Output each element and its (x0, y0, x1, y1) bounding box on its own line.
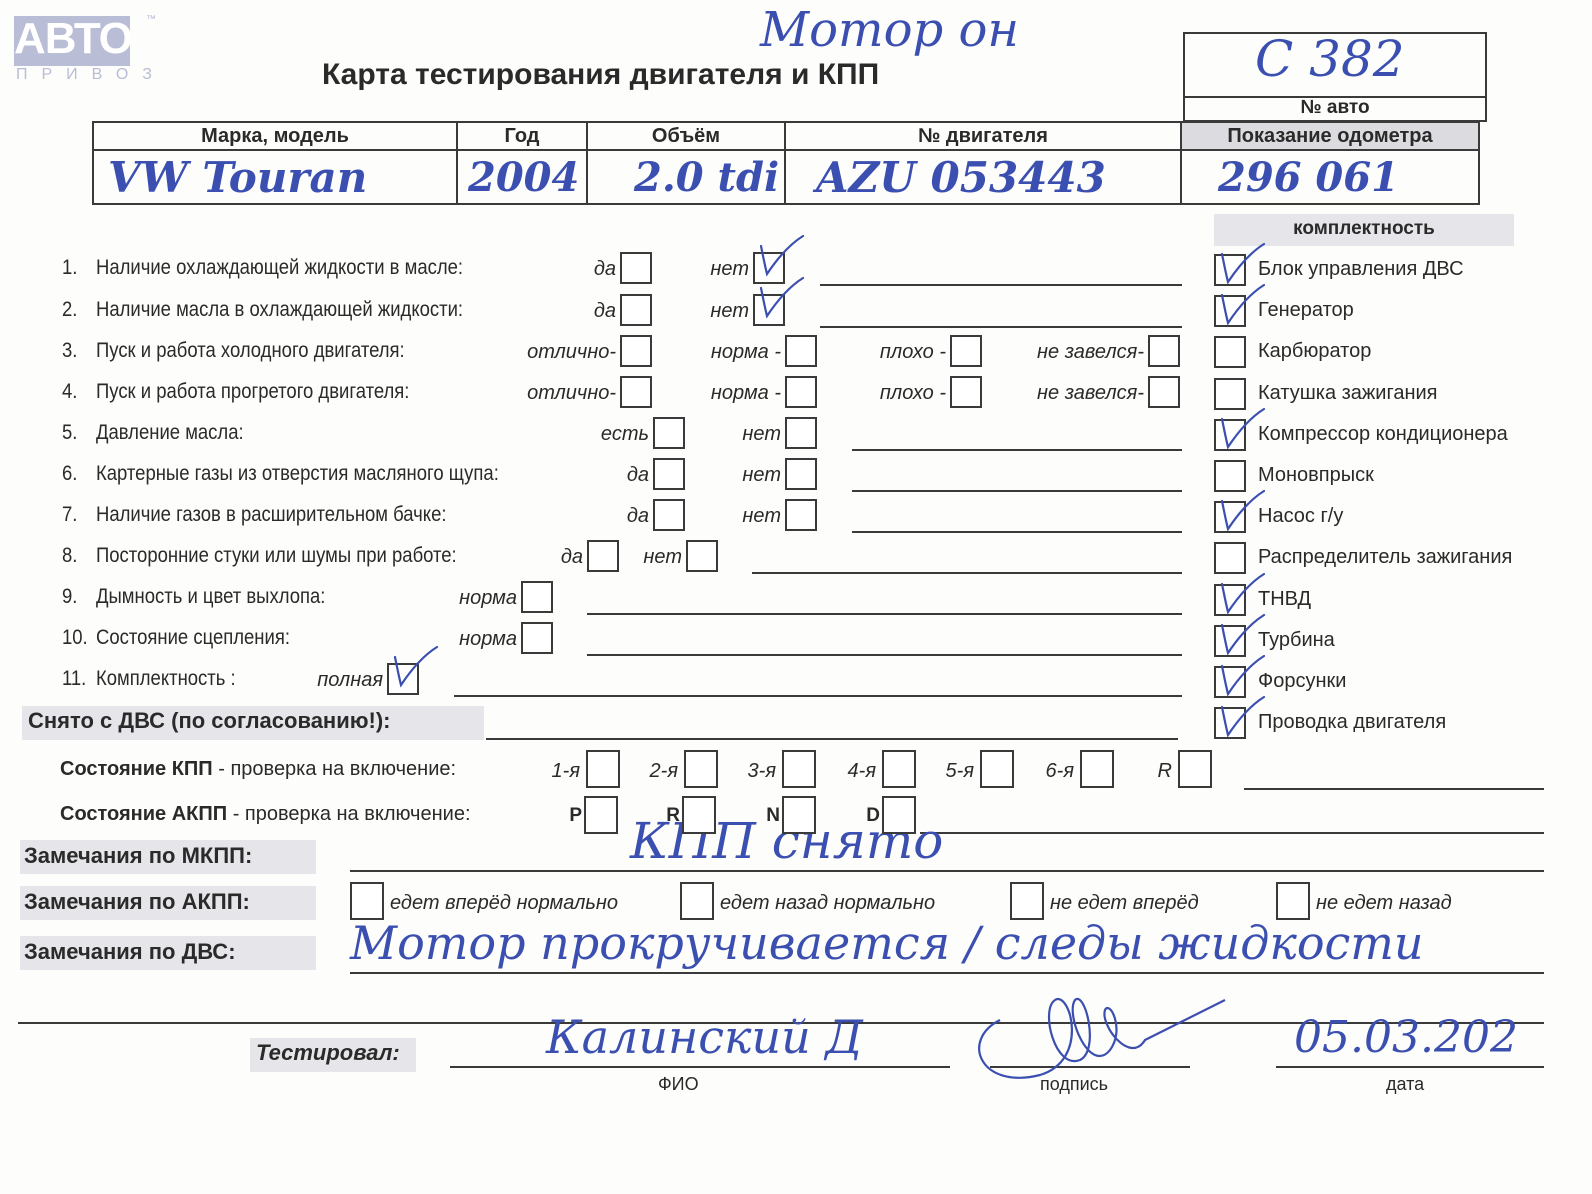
gear-checkbox[interactable] (980, 750, 1014, 788)
check-option-label: нет (742, 464, 781, 487)
checkbox[interactable] (620, 376, 652, 408)
check-option-label: полная (317, 669, 383, 692)
car-number-label: № авто (1183, 94, 1487, 122)
check-option-label: нет (710, 258, 749, 281)
checkbox[interactable] (387, 663, 419, 695)
remarks-dvs-line[interactable] (350, 972, 1544, 974)
completeness-item-label: Карбюратор (1258, 340, 1371, 363)
check-row-number: 2. (62, 298, 77, 322)
checkbox[interactable] (950, 335, 982, 367)
akpp-position-checkbox[interactable] (584, 796, 618, 834)
signature-caption: подпись (1040, 1074, 1108, 1095)
check-option-label: да (627, 464, 649, 487)
akpp-position-label: N (766, 805, 780, 827)
completeness-checkbox[interactable] (1214, 707, 1246, 739)
akpp-position-checkbox[interactable] (682, 796, 716, 834)
completeness-checkbox[interactable] (1214, 501, 1246, 533)
gear-checkbox[interactable] (1080, 750, 1114, 788)
remarks-dvs-value[interactable]: Мотор прокручивается / следы жидкости (350, 916, 1424, 970)
value-year[interactable]: 2004 (457, 150, 587, 204)
kpp-label: Состояние КПП - проверка на включение: (60, 758, 456, 781)
check-row-label: Наличие масла в охлаждающей жидкости: (96, 298, 463, 322)
checkbox[interactable] (1148, 376, 1180, 408)
check-row-number: 3. (62, 339, 77, 363)
completeness-item-label: Компрессор кондиционера (1258, 423, 1508, 446)
check-row-number: 1. (62, 256, 77, 280)
gear-label: 1-я (552, 760, 580, 783)
check-row-label: Наличие газов в расширительном бачке: (96, 503, 447, 527)
checkbox[interactable] (653, 458, 685, 490)
completeness-checkbox[interactable] (1214, 542, 1246, 574)
akpp-label: Состояние АКПП - проверка на включение: (60, 803, 471, 826)
check-row-number: 5. (62, 421, 77, 445)
remarks-mkpp-line[interactable] (350, 870, 1544, 872)
check-row-label: Пуск и работа прогретого двигателя: (96, 380, 409, 404)
vehicle-info-table: Марка, модель Год Объём № двигателя Пока… (92, 121, 1480, 205)
value-engine-number[interactable]: AZU 053443 (785, 150, 1181, 204)
akpp-remark-checkbox[interactable] (1010, 882, 1044, 920)
check-option-label: нет (742, 505, 781, 528)
check-row-number: 7. (62, 503, 77, 527)
col-engine-number: № двигателя (785, 122, 1181, 150)
gear-label: 6-я (1046, 760, 1074, 783)
check-notes-line[interactable] (852, 449, 1182, 451)
akpp-remark-checkbox[interactable] (680, 882, 714, 920)
check-notes-line[interactable] (587, 654, 1182, 656)
col-odometer: Показание одометра (1181, 122, 1479, 150)
akpp-remark-checkbox[interactable] (1276, 882, 1310, 920)
akpp-remark-checkbox[interactable] (350, 882, 384, 920)
completeness-checkbox[interactable] (1214, 666, 1246, 698)
check-option-label: нет (643, 546, 682, 569)
checkbox[interactable] (950, 376, 982, 408)
value-model[interactable]: VW Touran (93, 150, 457, 204)
akpp-remark-label: не едет назад (1316, 892, 1452, 915)
check-option-label: норма - (711, 382, 781, 405)
check-option-label: не завелся- (1037, 382, 1144, 405)
check-option-label: норма - (711, 341, 781, 364)
completeness-title: комплектность (1214, 218, 1514, 240)
check-option-label: да (627, 505, 649, 528)
check-notes-line[interactable] (587, 613, 1182, 615)
check-notes-line[interactable] (454, 695, 1182, 697)
check-option-label: плохо - (880, 341, 946, 364)
completeness-checkbox[interactable] (1214, 419, 1246, 451)
name-line[interactable] (450, 1066, 950, 1068)
akpp-remark-label: едет назад нормально (720, 892, 935, 915)
completeness-item-label: Моновпрыск (1258, 464, 1374, 487)
check-row-label: Состояние сцепления: (96, 626, 290, 650)
checkbox[interactable] (521, 622, 553, 654)
tester-name[interactable]: Калинский Д (546, 1010, 863, 1064)
value-odometer[interactable]: 296 061 (1181, 150, 1479, 204)
date-caption: дата (1386, 1074, 1424, 1095)
checkbox[interactable] (620, 252, 652, 284)
col-volume: Объём (587, 122, 785, 150)
check-row-number: 8. (62, 544, 77, 568)
checkbox[interactable] (785, 376, 817, 408)
check-option-label: да (594, 258, 616, 281)
car-number-value[interactable]: С 382 (1255, 30, 1405, 88)
check-option-label: да (561, 546, 583, 569)
gear-label: R (1158, 760, 1172, 783)
akpp-position-label: R (666, 805, 680, 827)
check-option-label: есть (601, 423, 649, 446)
completeness-checkbox[interactable] (1214, 378, 1246, 410)
remarks-akpp-label: Замечания по АКПП: (24, 889, 250, 915)
check-notes-line[interactable] (852, 490, 1182, 492)
logo-tm: ™ (146, 14, 156, 25)
gear-checkbox[interactable] (684, 750, 718, 788)
gear-label: 2-я (650, 760, 678, 783)
checkbox[interactable] (1148, 335, 1180, 367)
check-row-label: Посторонние стуки или шумы при работе: (96, 544, 457, 568)
checkbox[interactable] (587, 540, 619, 572)
completeness-item-label: Насос г/у (1258, 505, 1343, 528)
gear-label: 5-я (946, 760, 974, 783)
checkbox[interactable] (653, 417, 685, 449)
check-row-number: 6. (62, 462, 77, 486)
remarks-mkpp-label: Замечания по МКПП: (24, 843, 252, 869)
name-caption: ФИО (658, 1074, 699, 1095)
check-option-label: нет (710, 300, 749, 323)
akpp-position-label: D (866, 805, 880, 827)
check-notes-line[interactable] (820, 326, 1182, 328)
completeness-item-label: Катушка зажигания (1258, 382, 1438, 405)
gear-checkbox[interactable] (586, 750, 620, 788)
checkbox[interactable] (785, 335, 817, 367)
checkbox[interactable] (686, 540, 718, 572)
completeness-checkbox[interactable] (1214, 254, 1246, 286)
checkbox[interactable] (753, 252, 785, 284)
completeness-item-label: ТНВД (1258, 588, 1311, 611)
completeness-checkbox[interactable] (1214, 295, 1246, 327)
kpp-notes-line[interactable] (1244, 788, 1544, 790)
akpp-notes-line[interactable] (920, 832, 1544, 834)
gear-checkbox[interactable] (1178, 750, 1212, 788)
check-option-label: нет (742, 423, 781, 446)
completeness-item-label: Генератор (1258, 299, 1354, 322)
gear-label: 3-я (748, 760, 776, 783)
checkbox[interactable] (620, 294, 652, 326)
handwritten-note-top: Мотор он (760, 2, 1019, 58)
col-model: Марка, модель (93, 122, 457, 150)
check-option-label: отлично- (527, 341, 616, 364)
page-title: Карта тестирования двигателя и КПП (322, 58, 879, 92)
check-row-label: Пуск и работа холодного двигателя: (96, 339, 405, 363)
akpp-position-checkbox[interactable] (882, 796, 916, 834)
completeness-item-label: Проводка двигателя (1258, 711, 1446, 734)
check-notes-line[interactable] (820, 284, 1182, 286)
gear-checkbox[interactable] (882, 750, 916, 788)
check-option-label: отлично- (527, 382, 616, 405)
removed-input-line[interactable] (486, 738, 1178, 740)
check-option-label: норма (459, 628, 517, 651)
tested-by-label: Тестировал: (256, 1040, 400, 1066)
check-option-label: не завелся- (1037, 341, 1144, 364)
akpp-position-label: P (569, 805, 582, 827)
col-year: Год (457, 122, 587, 150)
completeness-item-label: Блок управления ДВС (1258, 258, 1464, 281)
value-volume[interactable]: 2.0 tdi (587, 150, 785, 204)
check-row-number: 10. (62, 626, 88, 650)
check-option-label: да (594, 300, 616, 323)
check-row-label: Картерные газы из отверстия масляного щу… (96, 462, 499, 486)
gear-label: 4-я (848, 760, 876, 783)
completeness-checkbox[interactable] (1214, 625, 1246, 657)
check-row-number: 9. (62, 585, 77, 609)
logo-sub: ПРИВОЗ (16, 66, 166, 84)
check-row-label: Давление масла: (96, 421, 244, 445)
completeness-checkbox[interactable] (1214, 336, 1246, 368)
checkbox[interactable] (785, 458, 817, 490)
checkbox[interactable] (785, 417, 817, 449)
checkbox[interactable] (521, 581, 553, 613)
akpp-remark-label: едет вперёд нормально (390, 892, 618, 915)
date-line[interactable] (1276, 1066, 1544, 1068)
akpp-position-checkbox[interactable] (782, 796, 816, 834)
completeness-checkbox[interactable] (1214, 460, 1246, 492)
check-row-label: Дымность и цвет выхлопа: (96, 585, 325, 609)
check-option-label: норма (459, 587, 517, 610)
check-row-label: Комплектность : (96, 667, 236, 691)
removed-label: Снято с ДВС (по согласованию!): (28, 708, 391, 734)
gear-checkbox[interactable] (782, 750, 816, 788)
remarks-dvs-label: Замечания по ДВС: (24, 939, 236, 965)
completeness-item-label: Распределитель зажигания (1258, 546, 1512, 569)
akpp-remark-label: не едет вперёд (1050, 892, 1199, 915)
checkbox[interactable] (753, 294, 785, 326)
completeness-checkbox[interactable] (1214, 584, 1246, 616)
checkbox[interactable] (653, 499, 685, 531)
checkbox[interactable] (620, 335, 652, 367)
check-notes-line[interactable] (752, 572, 1182, 574)
checkbox[interactable] (785, 499, 817, 531)
check-option-label: плохо - (880, 382, 946, 405)
check-notes-line[interactable] (852, 531, 1182, 533)
check-row-label: Наличие охлаждающей жидкости в масле: (96, 256, 463, 280)
check-row-number: 11. (62, 667, 86, 691)
test-date[interactable]: 05.03.202 (1294, 1012, 1518, 1063)
logo-brand: АВТО (14, 14, 130, 64)
completeness-item-label: Форсунки (1258, 670, 1346, 693)
check-row-number: 4. (62, 380, 77, 404)
completeness-item-label: Турбина (1258, 629, 1335, 652)
